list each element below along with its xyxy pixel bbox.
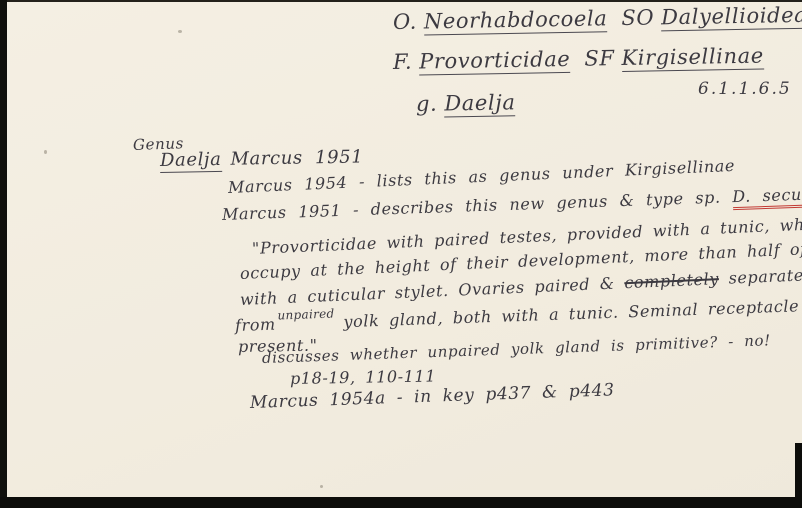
scan-edge-right bbox=[795, 443, 802, 508]
catalog-code: 6.1.1.6.5 bbox=[698, 79, 792, 99]
quote-line-3-struck-word: completely bbox=[624, 269, 719, 292]
genus-name: Daelja bbox=[444, 90, 516, 117]
page-citation: p18-19, 110-111 bbox=[290, 366, 436, 388]
scanned-index-card: O.NeorhabdocoelaSODalyellioidea F.Provor… bbox=[0, 0, 802, 508]
scan-edge-bottom bbox=[0, 497, 802, 508]
subfamily-name: Kirgisellinae bbox=[621, 44, 764, 72]
quote-line-4-pre: from bbox=[235, 315, 276, 335]
order-name: Neorhabdocoela bbox=[424, 6, 608, 35]
suborder-label: SO bbox=[621, 5, 654, 30]
quote-line-3-post: separated from bbox=[728, 263, 802, 288]
genus-authority: Marcus 1951 bbox=[230, 146, 363, 169]
family-label: F. bbox=[393, 50, 413, 74]
type-species-name: D. secuta bbox=[732, 184, 802, 210]
discussion-note: discusses whether unpaired yolk gland is… bbox=[262, 331, 771, 367]
order-label: O. bbox=[393, 10, 417, 34]
classification-genus-line: g.Daelja bbox=[416, 90, 516, 116]
family-name: Provorticidae bbox=[419, 47, 571, 76]
scan-edge-top bbox=[0, 0, 802, 2]
paper-speckle bbox=[178, 30, 182, 33]
paper-speckle bbox=[320, 485, 323, 488]
genus-title-line: DaeljaMarcus 1951 bbox=[160, 146, 364, 171]
scan-edge-left bbox=[0, 0, 7, 508]
subfamily-label: SF bbox=[584, 46, 615, 71]
genus-label: g. bbox=[416, 92, 438, 116]
classification-order-line: O.NeorhabdocoelaSODalyellioidea bbox=[393, 3, 802, 34]
paper-speckle bbox=[44, 150, 47, 154]
quote-line-4-inserted-word: unpaired bbox=[277, 307, 335, 323]
classification-family-line: F.ProvorticidaeSFKirgisellinae bbox=[393, 44, 764, 74]
genus-title-name: Daelja bbox=[160, 149, 222, 173]
suborder-name: Dalyellioidea bbox=[661, 3, 802, 32]
